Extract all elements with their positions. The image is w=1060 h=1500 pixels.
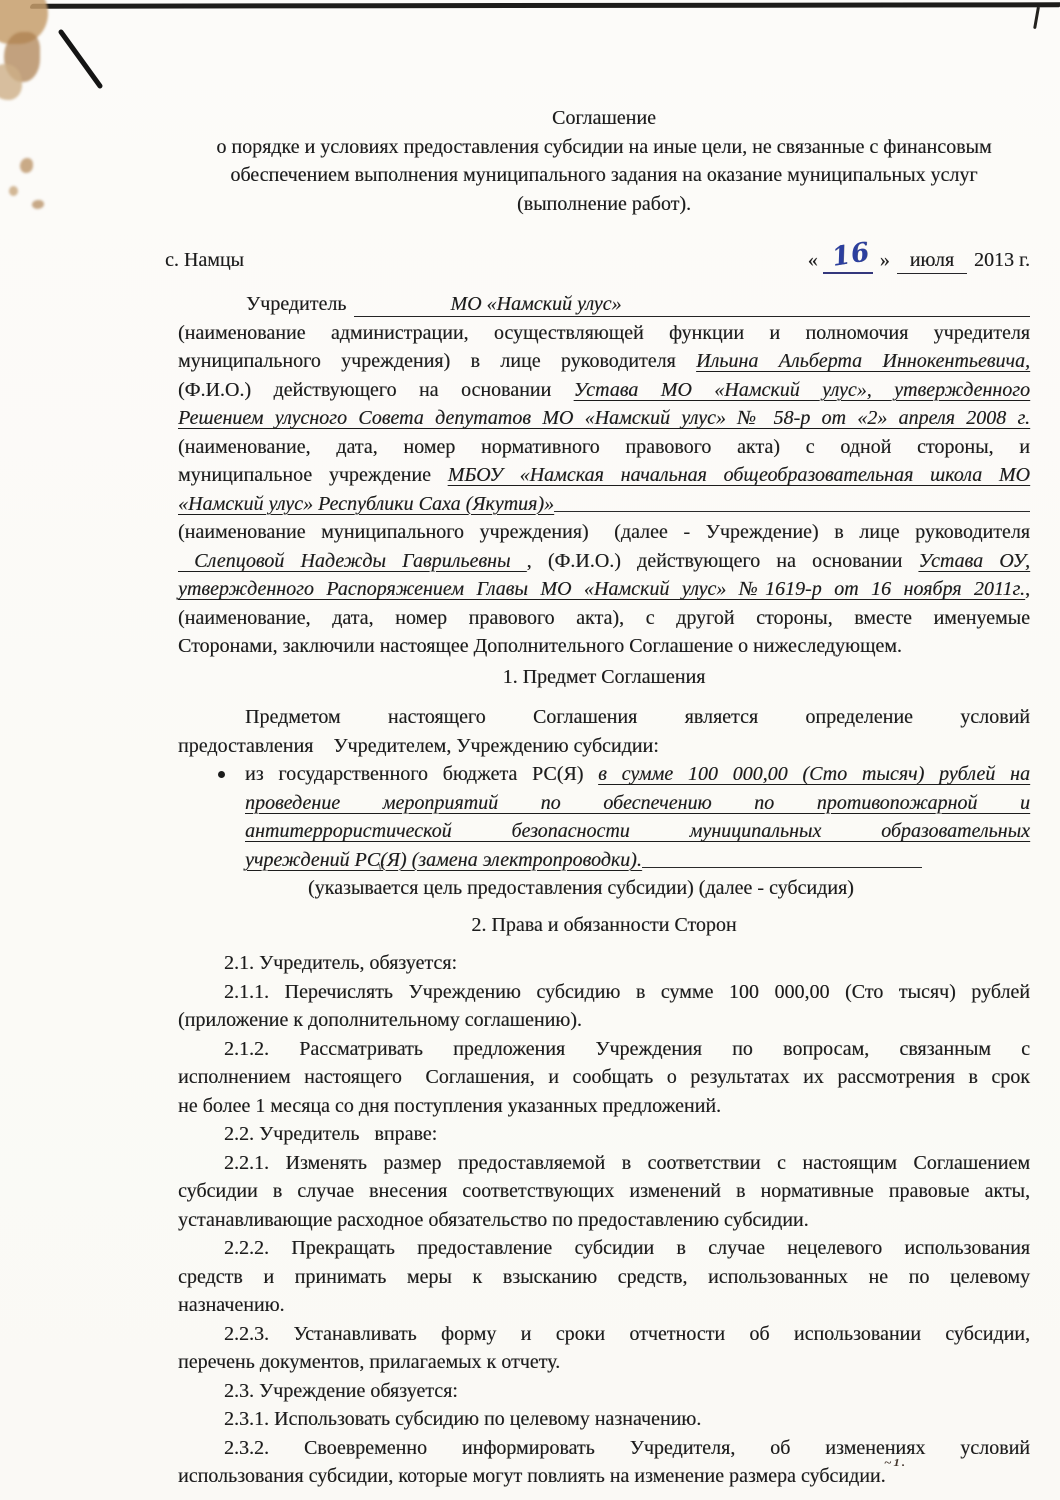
text-line: 2.1.1. Перечислять Учреждению субсидию в… xyxy=(178,978,1030,1007)
text-run: , xyxy=(1025,578,1030,600)
text-line: назначению. xyxy=(178,1291,1030,1320)
date-group: « 16 » июля 2013 г. xyxy=(808,246,1030,275)
text-line: 2.2.3. Устанавливать форму и сроки отчет… xyxy=(178,1320,1030,1349)
text-line: использования субсидии, которые могут по… xyxy=(178,1462,1030,1491)
text-line: учреждений РС(Я) (замена электропроводки… xyxy=(245,846,1030,875)
fill-in-text: антитеррористической безопасности муници… xyxy=(245,820,1030,842)
fill-in-text: МБОУ «Намская начальная общеобразователь… xyxy=(448,464,1030,486)
text-run: муниципального учреждения) в лице руково… xyxy=(178,350,696,372)
text-line: муниципального учреждения) в лице руково… xyxy=(178,347,1030,376)
text-line: 2.3.1. Использовать субсидию по целевому… xyxy=(178,1405,1030,1434)
text-line: проведение мероприятий по обеспечению по… xyxy=(245,789,1030,818)
fill-in-text: в сумме 100 000,00 (Сто тысяч) рублей на xyxy=(598,763,1030,785)
text-line: субсидии в случае внесения соответствующ… xyxy=(178,1177,1030,1206)
text-run: муниципальное учреждение xyxy=(178,464,448,486)
text-line: перечень документов, прилагаемых к отчет… xyxy=(178,1348,1030,1377)
scanned-page: ν ~1. Соглашение о порядке и условиях пр… xyxy=(0,0,1060,1500)
text-line: «Намский улус» Республики Саха (Якутия)» xyxy=(178,490,1030,519)
text-line: из государственного бюджета РС(Я) в сумм… xyxy=(245,760,1030,789)
section-2-heading: 2. Права и обязанности Сторон xyxy=(178,911,1030,940)
text-line: (Ф.И.О.) действующего на основании Устав… xyxy=(178,376,1030,405)
fill-in-text: Слепцовой Надежды Гаврильевны xyxy=(178,550,527,572)
text-run: (Ф.И.О.) действующего на основании xyxy=(178,379,574,401)
text-line: 2.3.2. Своевременно информировать Учреди… xyxy=(178,1434,1030,1463)
fill-in-text: Устава ОУ, xyxy=(918,550,1030,572)
scan-edge-line xyxy=(30,2,1060,8)
text-line: Слепцовой Надежды Гаврильевны , (Ф.И.О.)… xyxy=(178,547,1030,576)
stain-speck xyxy=(9,186,18,196)
blank-caption: (указывается цель предоставления субсиди… xyxy=(308,874,1030,903)
text-line: не более 1 месяца со дня поступления ука… xyxy=(178,1092,1030,1121)
pen-stroke-mark xyxy=(54,26,110,94)
scan-edge-hook xyxy=(1033,7,1040,29)
quote-open: « xyxy=(808,246,818,275)
fill-in-text: Решением улусного Совета депутатов МО «Н… xyxy=(178,407,1030,429)
text-line: (наименование, дата, номер нормативного … xyxy=(178,433,1030,462)
text-line: (наименование муниципального учреждения)… xyxy=(178,518,1030,547)
text-line: муниципальное учреждение МБОУ «Намская н… xyxy=(178,461,1030,490)
bullet-marker xyxy=(216,760,245,874)
fill-in-text: учреждений РС(Я) (замена электропроводки… xyxy=(245,846,642,875)
text-line: (наименование, дата, номер правового акт… xyxy=(178,604,1030,633)
fill-in-text: «Намский улус» Республики Саха (Якутия)» xyxy=(178,490,554,519)
bullet-text: из государственного бюджета РС(Я) в сумм… xyxy=(245,760,1030,874)
stain-speck xyxy=(20,158,33,173)
document-subtitle-line: (выполнение работ). xyxy=(178,190,1030,219)
text-line: 2.1. Учредитель, обязуется: xyxy=(178,949,1030,978)
fill-in-text: Ильина Альберта Иннокентьевича, xyxy=(696,350,1030,372)
fill-in-text: проведение мероприятий по обеспечению по… xyxy=(245,792,1030,814)
text-line: (приложение к дополнительному соглашению… xyxy=(178,1006,1030,1035)
fill-in-text: Устава МО «Намский улус», утвержденного xyxy=(574,379,1030,401)
document-subtitle-line: о порядке и условиях предоставления субс… xyxy=(178,133,1030,162)
text-line: 2.1.2. Рассматривать предложения Учрежде… xyxy=(178,1035,1030,1064)
handwritten-day: 16 xyxy=(830,239,872,271)
fill-in-text: утвержденного Распоряжением Главы МО «На… xyxy=(178,578,1025,600)
text-line: 2.3. Учреждение обязуется: xyxy=(178,1377,1030,1406)
document-subtitle-line: обеспечением выполнения муниципального з… xyxy=(178,161,1030,190)
founder-name: МО «Намский улус» xyxy=(450,293,621,315)
date-year: 2013 г. xyxy=(974,246,1030,275)
document-body: Соглашение о порядке и условиях предоста… xyxy=(178,104,1030,1491)
text-line: 2.2.2. Прекращать предоставление субсиди… xyxy=(178,1234,1030,1263)
place-date-row: с. Намцы « 16 » июля 2013 г. xyxy=(165,244,1030,274)
text-line: утвержденного Распоряжением Главы МО «На… xyxy=(178,575,1030,604)
text-line: Решением улусного Совета депутатов МО «Н… xyxy=(178,404,1030,433)
text-line: Предметом настоящего Соглашения является… xyxy=(178,703,1030,732)
text-line: 2.2. Учредитель вправе: xyxy=(178,1120,1030,1149)
place-name: с. Намцы xyxy=(165,246,244,275)
text-run: , (Ф.И.О.) действующего на основании xyxy=(527,550,919,572)
section-1-heading: 1. Предмет Соглашения xyxy=(178,663,1030,692)
date-month: июля xyxy=(897,248,967,274)
quote-close: » xyxy=(880,246,890,275)
date-day-blank: 16 xyxy=(825,250,873,274)
text-line: устанавливающие расходное обязательство … xyxy=(178,1206,1030,1235)
text-line: Сторонами, заключили настоящее Дополните… xyxy=(178,632,1030,661)
stain-speck xyxy=(32,200,44,209)
document-title: Соглашение xyxy=(178,104,1030,133)
text-line: исполнением настоящего Соглашения, и соо… xyxy=(178,1063,1030,1092)
founder-name-blank: МО «Намский улус» xyxy=(354,290,1030,319)
text-line: (наименование администрации, осуществляю… xyxy=(178,319,1030,348)
text-run: из государственного бюджета РС(Я) xyxy=(245,763,598,785)
text-line: Учредитель МО «Намский улус» xyxy=(178,290,1030,319)
text-line: предоставления Учредителем, Учреждению с… xyxy=(178,732,1030,761)
parties-block: Учредитель МО «Намский улус» (наименован… xyxy=(178,290,1030,661)
text-line: 2.2.1. Изменять размер предоставляемой в… xyxy=(178,1149,1030,1178)
founder-label: Учредитель xyxy=(246,290,346,319)
text-line: средств и принимать меры к взысканию сре… xyxy=(178,1263,1030,1292)
bullet-item: из государственного бюджета РС(Я) в сумм… xyxy=(216,760,1030,874)
text-line: антитеррористической безопасности муници… xyxy=(245,817,1030,846)
